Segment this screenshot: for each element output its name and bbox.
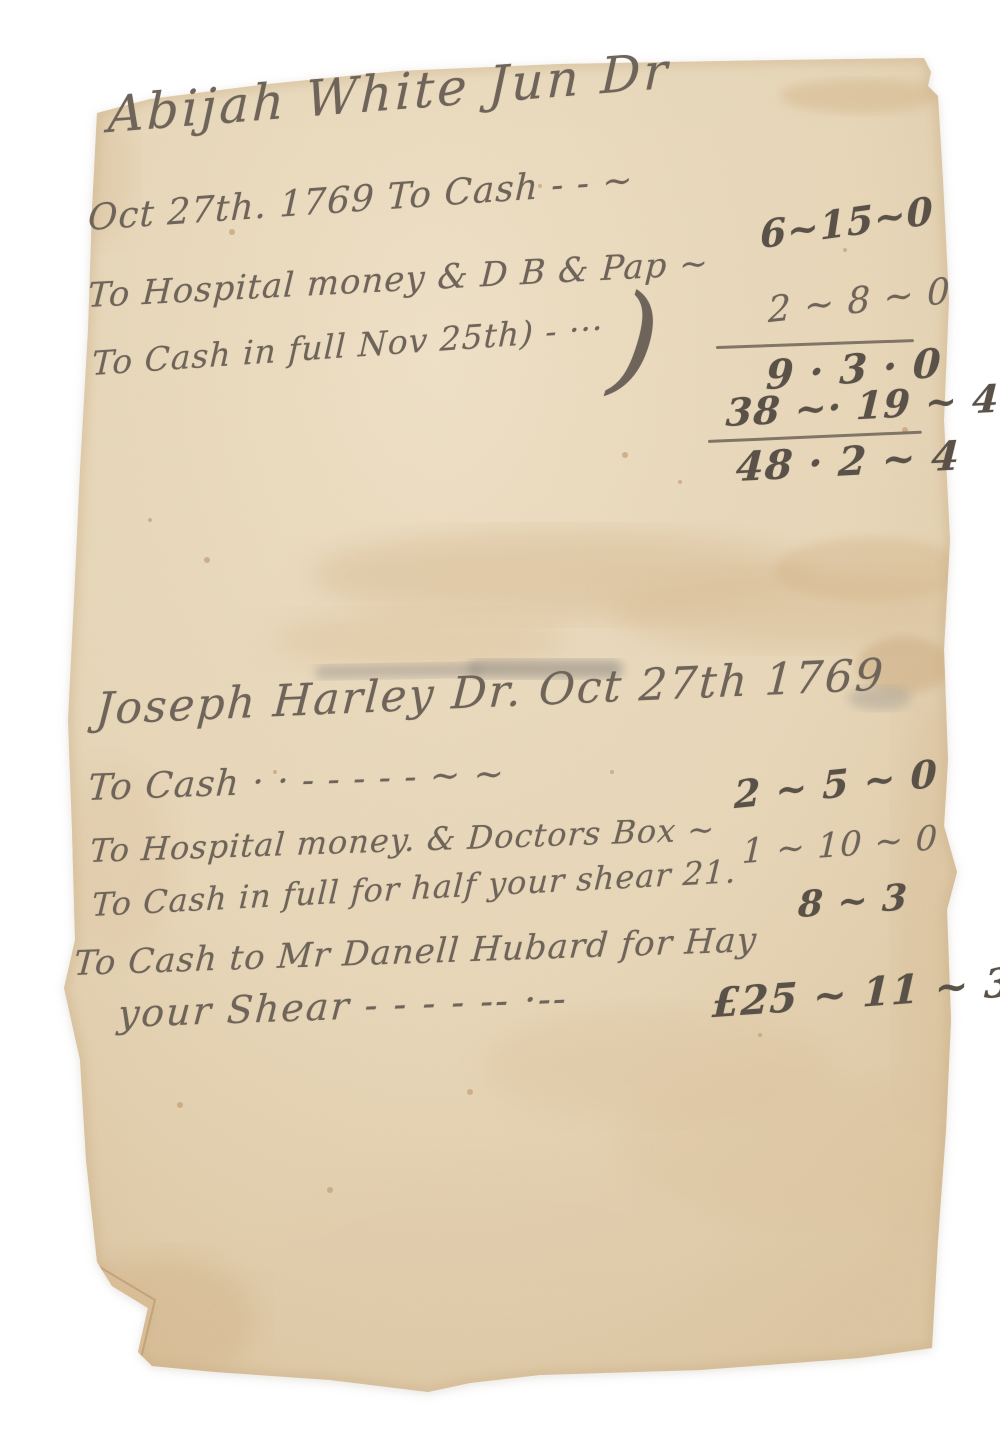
manuscript-photo: Abijah White Jun Dr Oct 27th. 1769 To Ca…: [0, 0, 1000, 1433]
account2-line3-amount: 8 ~ 3: [797, 876, 909, 926]
